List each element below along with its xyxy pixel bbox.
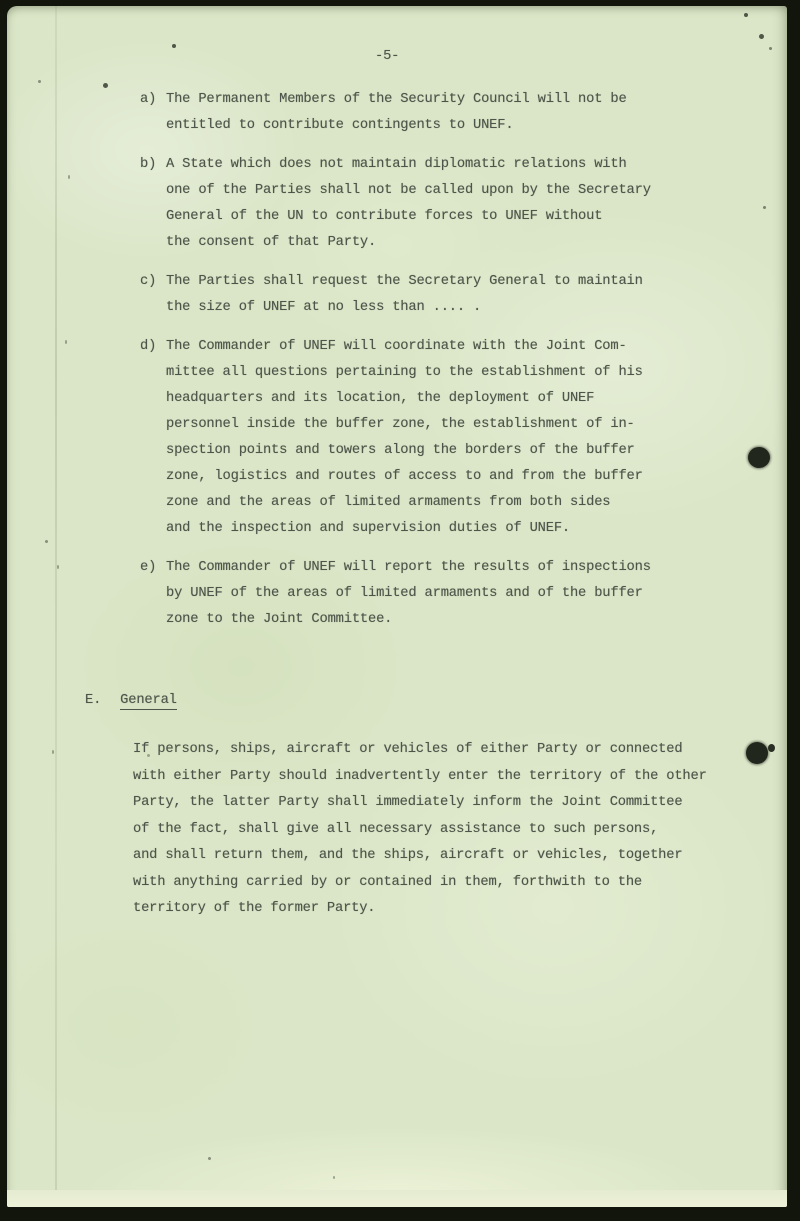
section-heading: E.General xyxy=(85,688,177,714)
item-text: The Commander of UNEF will coordinate wi… xyxy=(166,334,720,542)
item-marker: e) xyxy=(140,555,166,633)
hole-punch-mark xyxy=(748,447,770,468)
paragraph-line: territory of the former Party. xyxy=(133,896,753,923)
text-line: zone, logistics and routes of access to … xyxy=(166,464,720,490)
scanned-document-page: -5- a) The Permanent Members of the Secu… xyxy=(0,0,800,1221)
item-marker: b) xyxy=(140,152,166,256)
text-line: The Parties shall request the Secretary … xyxy=(166,269,720,295)
paper-speck xyxy=(57,565,59,569)
item-marker: c) xyxy=(140,269,166,321)
general-paragraph: If persons, ships, aircraft or vehicles … xyxy=(133,737,753,923)
paper-speck xyxy=(172,44,176,48)
paper-speck xyxy=(103,83,108,88)
item-text: The Parties shall request the Secretary … xyxy=(166,269,720,321)
paper: -5- a) The Permanent Members of the Secu… xyxy=(7,6,787,1207)
paragraph-line: of the fact, shall give all necessary as… xyxy=(133,817,753,844)
paragraph-line: and shall return them, and the ships, ai… xyxy=(133,843,753,870)
item-text: The Commander of UNEF will report the re… xyxy=(166,555,720,633)
hole-punch-mark xyxy=(746,742,768,764)
list-item-a: a) The Permanent Members of the Security… xyxy=(140,87,720,139)
page-number: -5- xyxy=(375,44,399,70)
section-title: General xyxy=(120,693,177,710)
text-line: entitled to contribute contingents to UN… xyxy=(166,113,720,139)
clause-list: a) The Permanent Members of the Security… xyxy=(140,87,720,646)
text-line: zone to the Joint Committee. xyxy=(166,607,720,633)
paper-speck xyxy=(759,34,764,39)
text-line: one of the Parties shall not be called u… xyxy=(166,178,720,204)
paper-speck xyxy=(68,175,70,179)
list-item-d: d) The Commander of UNEF will coordinate… xyxy=(140,334,720,542)
text-line: A State which does not maintain diplomat… xyxy=(166,152,720,178)
paragraph-line: Party, the latter Party shall immediatel… xyxy=(133,790,753,817)
paper-speck xyxy=(333,1176,335,1179)
text-line: The Commander of UNEF will coordinate wi… xyxy=(166,334,720,360)
list-item-b: b) A State which does not maintain diplo… xyxy=(140,152,720,256)
item-text: The Permanent Members of the Security Co… xyxy=(166,87,720,139)
text-line: General of the UN to contribute forces t… xyxy=(166,204,720,230)
paper-speck xyxy=(52,750,54,754)
paper-speck xyxy=(147,754,150,757)
paragraph-line: with anything carried by or contained in… xyxy=(133,870,753,897)
text-line: spection points and towers along the bor… xyxy=(166,438,720,464)
text-line: The Permanent Members of the Security Co… xyxy=(166,87,720,113)
paper-crease xyxy=(55,6,57,1207)
item-marker: a) xyxy=(140,87,166,139)
section-letter: E. xyxy=(85,693,101,708)
paper-speck xyxy=(208,1157,211,1160)
item-text: A State which does not maintain diplomat… xyxy=(166,152,720,256)
text-line: zone and the areas of limited armaments … xyxy=(166,490,720,516)
text-line: the size of UNEF at no less than .... . xyxy=(166,295,720,321)
paragraph-line: with either Party should inadvertently e… xyxy=(133,764,753,791)
text-line: The Commander of UNEF will report the re… xyxy=(166,555,720,581)
item-marker: d) xyxy=(140,334,166,542)
text-line: the consent of that Party. xyxy=(166,230,720,256)
paper-speck xyxy=(45,540,48,543)
text-line: by UNEF of the areas of limited armament… xyxy=(166,581,720,607)
list-item-c: c) The Parties shall request the Secreta… xyxy=(140,269,720,321)
paper-speck xyxy=(744,13,748,17)
paragraph-line: If persons, ships, aircraft or vehicles … xyxy=(133,737,753,764)
paper-speck xyxy=(65,340,67,344)
paper-speck xyxy=(763,206,766,209)
text-line: headquarters and its location, the deplo… xyxy=(166,386,720,412)
paper-speck xyxy=(769,47,772,50)
text-line: personnel inside the buffer zone, the es… xyxy=(166,412,720,438)
page-edge-strip xyxy=(7,1190,787,1207)
paper-speck xyxy=(38,80,41,83)
text-line: and the inspection and supervision dutie… xyxy=(166,516,720,542)
hole-punch-mark-nub xyxy=(768,744,775,752)
text-line: mittee all questions pertaining to the e… xyxy=(166,360,720,386)
list-item-e: e) The Commander of UNEF will report the… xyxy=(140,555,720,633)
